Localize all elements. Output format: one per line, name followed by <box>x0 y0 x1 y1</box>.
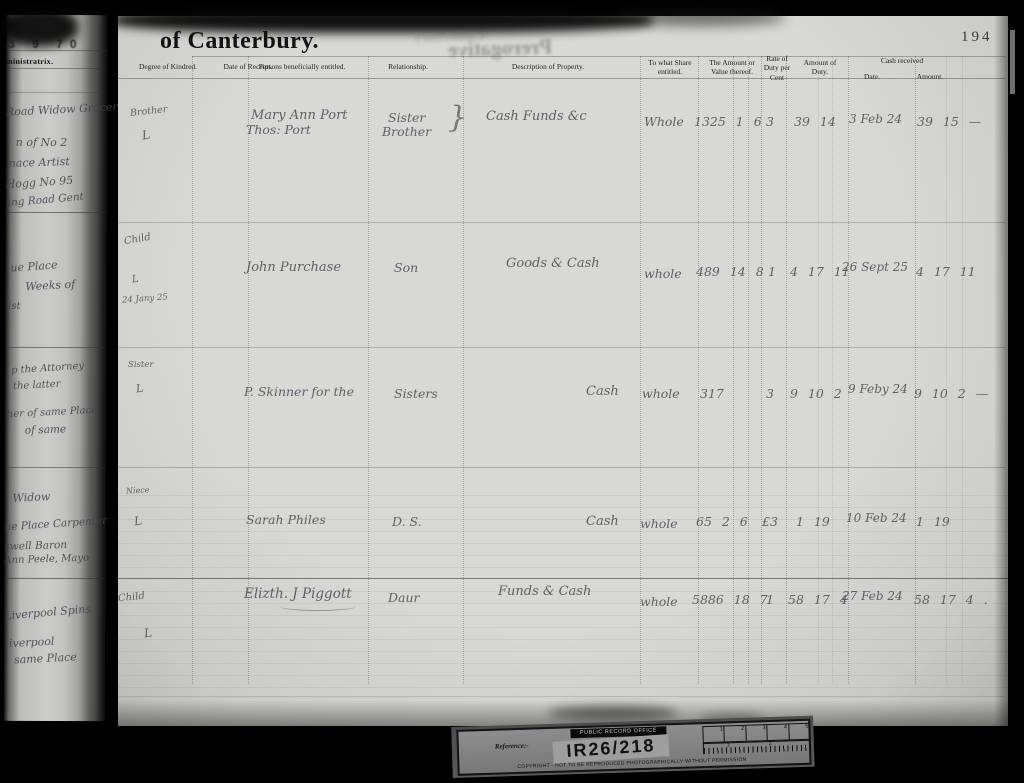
column-header-duty: Amount of Duty. <box>796 58 844 77</box>
column-header-cash-date: Date. <box>852 72 892 81</box>
entry-degree: Brother <box>130 104 168 119</box>
inch-cell: 3 <box>746 725 768 741</box>
column-header-description: Description of Property. <box>483 62 613 71</box>
entry-receipt-date: 24 Jany 25 <box>122 292 168 305</box>
margin-fragment: n of No 2 <box>16 136 68 149</box>
entry-degree-mark: L <box>131 274 139 286</box>
margin-fragment: the latter <box>13 379 61 392</box>
rule-line <box>118 467 1005 468</box>
entry-cash-date: 10 Feb 24 <box>846 511 907 525</box>
rule-line <box>6 92 107 93</box>
entry-description: Cash <box>586 514 619 529</box>
entry-relationship: Brother <box>382 124 431 139</box>
entry-share: whole <box>642 386 680 401</box>
entry-persons: Mary Ann Port <box>251 108 348 123</box>
entry-degree-mark: L <box>141 127 151 142</box>
entry-persons: P. Skinner for the <box>244 384 354 399</box>
microfilm-background: 3 9 70 ministratrix. Road Widow Grocer n… <box>0 0 1024 783</box>
entry-relationship: Sisters <box>394 386 438 401</box>
rule-line <box>6 212 107 213</box>
entry-cash-amount: 1 19 <box>916 514 950 529</box>
inch-cell: 1 <box>703 726 725 742</box>
entry-relationship: D. S. <box>392 514 422 529</box>
archive-reference-strip: Reference:- PUBLIC RECORD OFFICE IR26/21… <box>451 716 814 778</box>
margin-fragment: same Place <box>14 650 77 666</box>
cm-label: 1 <box>727 742 730 748</box>
stamped-numbers: 3 9 70 <box>8 37 83 51</box>
margin-fragment: swell Baron <box>4 539 67 553</box>
page-title: of Canterbury. <box>160 28 319 55</box>
margin-fragment: Weeks of <box>25 278 76 293</box>
entry-degree: Child <box>123 232 151 248</box>
margin-fragment: of same <box>25 423 67 436</box>
page-edge-shadow <box>994 16 1008 726</box>
entry-cash-date: 3 Feb 24 <box>849 112 902 126</box>
rule-line <box>6 68 107 69</box>
margin-fragment: ue Place Carpenter <box>4 515 107 534</box>
cm-scale <box>703 740 811 754</box>
margin-fragment: her of same Place <box>7 405 98 420</box>
register-page: of Canterbury. 194 Prerogative Canterbur… <box>118 16 1008 726</box>
rule-line <box>192 56 1005 57</box>
entry-degree-mark: L <box>133 514 143 529</box>
margin-fragment: Ann Peele, Mayo <box>4 553 89 567</box>
margin-fragment: p the Attorney <box>11 361 85 377</box>
column-header-persons: Persons beneficially entitled. <box>227 62 377 71</box>
entry-share: whole <box>644 266 682 281</box>
column-header-cash: Cash received <box>857 56 947 65</box>
entry-share: whole <box>640 594 678 609</box>
entry-value: 65 2 6 <box>696 514 748 529</box>
inch-label: 2 <box>741 726 744 732</box>
page-number: 194 <box>961 29 993 46</box>
entry-degree-mark: L <box>143 626 153 641</box>
inch-label: 5 <box>805 724 808 730</box>
stamp-bleedthrough: Canterbury <box>414 29 485 47</box>
entry-value: 5886 18 7 <box>692 592 768 607</box>
entry-duty: 58 17 4 <box>788 592 848 607</box>
rule-line <box>5 347 106 348</box>
column-header-amount: The Amount or Value thereof. <box>701 58 763 77</box>
column-header-share: To what Share entitled. <box>641 58 699 77</box>
inch-label: 1 <box>720 726 723 732</box>
entry-persons: John Purchase <box>246 260 341 275</box>
entry-cash-amount: 9 10 2 — <box>914 386 988 401</box>
entry-value: 489 14 8 <box>696 264 764 279</box>
entry-duty: 4 17 11 <box>790 264 850 279</box>
margin-fragment: ue Place <box>10 258 58 274</box>
margin-fragment: ing Road Gent <box>7 191 84 209</box>
page-edge-shadow <box>118 700 1008 726</box>
inch-cell: 4 <box>768 724 790 740</box>
column-header-relationship: Relationship. <box>368 62 448 71</box>
entry-rate: 1 <box>768 264 776 279</box>
entry-cash-date: 27 Feb 24 <box>842 589 903 603</box>
margin-fragment: nace Artist <box>9 155 70 170</box>
entry-description: Goods & Cash <box>506 256 600 271</box>
entry-cash-date: 9 Feby 24 <box>848 382 908 396</box>
margin-fragment: Hogg No 95 <box>5 174 73 191</box>
margin-fragment: Widow <box>12 490 50 505</box>
entry-description: Funds & Cash <box>498 584 591 599</box>
inch-label: 3 <box>762 725 765 731</box>
previous-page-edge: 3 9 70 ministratrix. Road Widow Grocer n… <box>4 15 107 721</box>
inch-cell: 2 <box>725 726 747 742</box>
entry-share: Whole <box>644 114 684 129</box>
entry-duty: 1 19 <box>796 514 830 529</box>
entry-degree-mark: L <box>135 382 144 396</box>
next-page-sliver <box>1010 30 1015 94</box>
rule-line <box>118 696 1005 697</box>
entry-cash-date: 26 Sept 25 <box>842 260 908 274</box>
printed-header-fragment: ministratrix. <box>6 57 53 66</box>
margin-fragment: Road Widow Grocer <box>6 100 118 118</box>
faint-ruling <box>118 484 1008 576</box>
column-header-degree: Degree of Kindred. <box>130 62 206 71</box>
entry-degree: Sister <box>128 360 153 370</box>
margin-fragment: ist <box>8 301 20 312</box>
entry-value: 317 <box>700 386 724 401</box>
inch-cell: 5 <box>789 724 810 740</box>
entry-value: 1325 1 6 <box>694 114 762 129</box>
entry-rate: 3 <box>766 114 774 129</box>
scan-toner-blob <box>616 8 786 26</box>
reference-frame: Reference:- PUBLIC RECORD OFFICE IR26/21… <box>456 719 811 776</box>
reference-label: Reference:- <box>495 742 529 751</box>
entry-share: whole <box>640 516 678 531</box>
entry-rate: 1 <box>766 592 774 607</box>
entry-cash-amount: 58 17 4 . <box>914 592 988 607</box>
entry-degree: Niece <box>126 485 150 495</box>
pen-flourish <box>280 602 356 611</box>
rule-line <box>118 222 1005 223</box>
entry-cash-amount: 39 15 — <box>917 114 981 129</box>
rule-line <box>4 578 105 579</box>
inch-label: 4 <box>784 724 787 730</box>
entry-duty: 39 14 <box>794 114 836 129</box>
rule-line <box>118 347 1005 348</box>
entry-relationship: Sister <box>388 110 425 125</box>
entry-persons: Thos: Port <box>246 122 311 137</box>
entry-persons: Elizth. J Piggott <box>244 586 352 602</box>
rule-line <box>118 78 1005 79</box>
rule-line <box>118 578 1008 579</box>
margin-fragment: iverpool <box>9 635 55 650</box>
entry-cash-amount: 4 17 11 <box>916 264 976 279</box>
entry-relationship: Son <box>394 260 418 275</box>
entry-duty: 9 10 2 <box>790 386 842 401</box>
entry-description: Cash Funds &c <box>486 109 587 124</box>
measuring-scale: 1 2 3 4 5 1 2 <box>702 722 811 765</box>
entry-rate: £3 <box>762 514 778 529</box>
brace-mark: } <box>448 100 467 135</box>
margin-fragment: Liverpool Spins <box>4 602 92 622</box>
entry-rate: 3 <box>766 386 774 401</box>
entry-persons: Sarah Philes <box>246 512 326 527</box>
entry-relationship: Daur <box>388 590 420 605</box>
rule-line <box>5 467 106 468</box>
cm-label: 2 <box>769 741 772 747</box>
entry-description: Cash <box>586 384 619 399</box>
